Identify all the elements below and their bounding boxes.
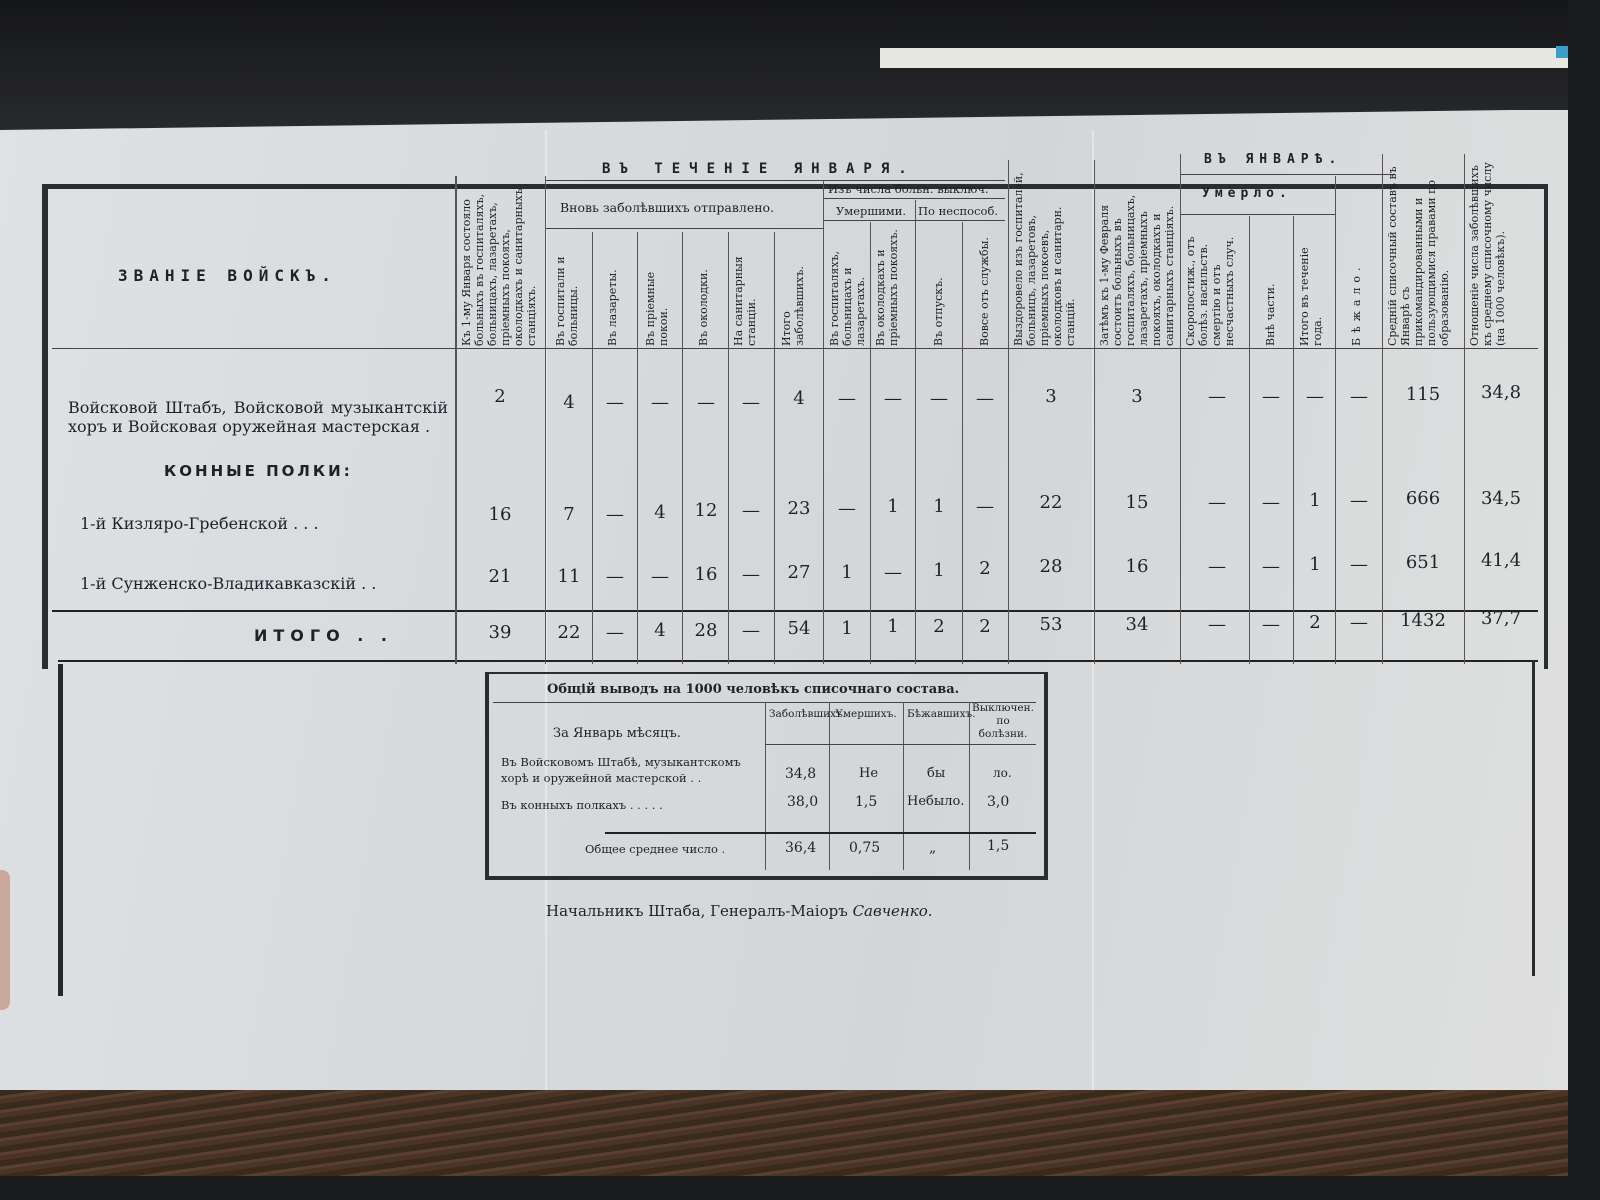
cell: — [1336, 554, 1382, 575]
cell: — [592, 566, 638, 587]
cell: 2 [477, 386, 523, 407]
cell: 53 [1028, 614, 1074, 635]
cell: 1 [916, 496, 962, 517]
signature-title: Начальникъ Штаба, Генералъ-Маіоръ [546, 902, 848, 920]
signature: Начальникъ Штаба, Генералъ-Маіоръ Савчен… [546, 902, 933, 920]
column-rule [637, 232, 638, 664]
cell: 34,5 [1478, 488, 1524, 509]
cell: — [1194, 614, 1240, 635]
cell: 28 [683, 620, 729, 641]
cell: 37,7 [1478, 608, 1524, 629]
cell: 21 [477, 566, 523, 587]
column-rule [1180, 154, 1181, 664]
paper-edge-strip [880, 48, 1568, 68]
summary-row-label: Въ Войсковомъ Штабѣ, музыкантскомъ хорѣ … [501, 754, 756, 786]
cell: 115 [1400, 384, 1446, 405]
summary-cell: 38,0 [787, 794, 818, 810]
cell: 28 [1028, 556, 1074, 577]
cell: — [1248, 386, 1294, 407]
summary-cell: 3,0 [987, 794, 1009, 810]
summary-col-deserted: Бѣжавшихъ. [907, 708, 965, 721]
cell: — [1194, 556, 1240, 577]
cell: — [1248, 556, 1294, 577]
column-rule [545, 176, 546, 664]
column-header: Отношеніе числа заболѣвшихъ къ среднему … [1468, 154, 1536, 346]
summary-column-rule [969, 702, 970, 870]
column-rule [592, 232, 593, 664]
column-rule [870, 222, 871, 664]
column-rule [774, 232, 775, 664]
finger [0, 870, 10, 1010]
cell: — [824, 388, 870, 409]
summary-rule [605, 832, 1036, 834]
in-january-header: ВЪ ЯНВАРѢ. [1204, 152, 1342, 167]
column-rule [1094, 160, 1095, 664]
summary-col-excluded: Выключен. по болѣзни. [971, 702, 1035, 741]
header-rule [1180, 214, 1335, 215]
cell: 22 [1028, 492, 1074, 513]
cell: 4 [637, 620, 683, 641]
summary-cell: 1,5 [855, 794, 877, 810]
row-label-sunzha: 1-й Сунженско-Владикавказскій . . [80, 574, 376, 593]
cell: 12 [683, 500, 729, 521]
column-rule [1008, 160, 1009, 664]
summary-col-died: Умершихъ. [833, 708, 899, 721]
cell: 16 [683, 564, 729, 585]
summary-table: Общій выводъ на 1000 человѣкъ списочнаго… [485, 672, 1048, 880]
header-bottom-rule [52, 348, 1538, 349]
column-rule [823, 180, 824, 664]
cell: 1432 [1400, 610, 1446, 631]
cell: — [637, 566, 683, 587]
summary-cell: „ [929, 840, 936, 856]
summary-cell: 1,5 [987, 838, 1009, 854]
column-header: Въ околодкахъ и пріемныхъ покояхъ. [874, 224, 914, 346]
column-rule [962, 222, 963, 664]
column-header: Скоропостиж., отъ болѣз. насильств. смер… [1184, 218, 1246, 346]
column-header: Въ околодки. [697, 232, 717, 346]
cell: 1 [916, 560, 962, 581]
column-header: Въ госпитали и больницы. [554, 232, 588, 346]
cell: — [1194, 492, 1240, 513]
cell: 16 [477, 504, 523, 525]
cell: — [728, 620, 774, 641]
cell: 3 [1028, 386, 1074, 407]
main-table: ЗВАНІЕ ВОЙСКЪ. ВЪ ТЕЧЕНІЕ ЯНВАРЯ. Вновь … [42, 140, 1540, 670]
column-header: Вовсе отъ службы. [978, 224, 998, 346]
summary-cell: 34,8 [785, 766, 816, 782]
column-rule [1382, 154, 1383, 664]
cell: — [683, 392, 729, 413]
summary-row-label: Въ конныхъ полкахъ . . . . . [501, 798, 663, 812]
column-rule [1464, 154, 1465, 664]
summary-cell: бы [927, 766, 945, 781]
cell: 4 [546, 392, 592, 413]
summary-cell: 0,75 [849, 840, 880, 856]
cell: — [728, 392, 774, 413]
summary-title: Общій выводъ на 1000 человѣкъ списочнаго… [547, 682, 959, 697]
signature-name: Савченко. [853, 902, 933, 920]
column-header: Выздоровело изъ госпиталей, больницъ, ла… [1012, 160, 1090, 346]
summary-cell: Не [859, 766, 878, 781]
cell: — [870, 562, 916, 583]
by-death-header: Умершими. [836, 204, 906, 218]
cell: 2 [962, 558, 1008, 579]
summary-rule [765, 744, 1036, 745]
cell: — [1336, 386, 1382, 407]
cell: — [1248, 614, 1294, 635]
cell: 2 [916, 616, 962, 637]
cell: 34,8 [1478, 382, 1524, 403]
cell: 15 [1114, 492, 1160, 513]
died-header: Умерло. [1202, 186, 1292, 201]
cell: — [728, 500, 774, 521]
cell: — [592, 392, 638, 413]
column-header: Въ госпиталяхъ, больницахъ и лазаретахъ. [828, 224, 868, 346]
cell: — [962, 388, 1008, 409]
table-left-border [58, 664, 63, 996]
column-header: Средній списочный составъ въ Январѣ съ п… [1386, 154, 1462, 346]
column-header: Затѣмъ къ 1-му Февраля состоитъ больныхъ… [1098, 160, 1176, 346]
column-rule [1249, 216, 1250, 664]
cell: — [728, 564, 774, 585]
column-header: Въ лазареты. [606, 232, 626, 346]
cell: 7 [546, 504, 592, 525]
table-bottom-rule [58, 660, 1538, 662]
column-header: Къ 1-му Января состояло больныхъ въ госп… [460, 176, 542, 346]
cell: 16 [1114, 556, 1160, 577]
troops-column-title: ЗВАНІЕ ВОЙСКЪ. [118, 266, 337, 285]
column-rule [1293, 216, 1294, 664]
summary-column-rule [829, 702, 830, 870]
cell: 4 [637, 502, 683, 523]
summary-cell: ло. [993, 766, 1012, 780]
summary-row-label: Общее среднее число . [585, 842, 725, 856]
cell: — [1248, 492, 1294, 513]
row-label-kizlyar: 1-й Кизляро-Гребенской . . . [80, 514, 319, 533]
summary-period: За Январь мѣсяцъ. [553, 726, 681, 741]
cell: 27 [776, 562, 822, 583]
section-cavalry-regiments: КОННЫЕ ПОЛКИ: [164, 462, 353, 480]
header-rule [823, 198, 1005, 199]
cell: — [916, 388, 962, 409]
cell: 54 [776, 618, 822, 639]
cell: 4 [776, 388, 822, 409]
cell: 1 [824, 618, 870, 639]
summary-column-rule [765, 702, 766, 870]
cell: 22 [546, 622, 592, 643]
cell: 2 [962, 616, 1008, 637]
summary-column-rule [903, 702, 904, 870]
excluded-header: Изъ числа больн. выключ. [828, 182, 989, 196]
row-label-staff: Войсковой Штабъ, Войсковой музыкантскій … [68, 398, 448, 436]
during-january-header: ВЪ ТЕЧЕНІЕ ЯНВАРЯ. [602, 161, 916, 177]
cell: 41,4 [1478, 550, 1524, 571]
column-rule [915, 200, 916, 664]
blue-tab [1556, 46, 1568, 58]
header-rule [545, 228, 823, 229]
cell: 3 [1114, 386, 1160, 407]
cell: — [1194, 386, 1240, 407]
cell: 651 [1400, 552, 1446, 573]
column-header: Въ отпускъ. [932, 224, 952, 346]
cell: 39 [477, 622, 523, 643]
cell: 1 [1292, 490, 1338, 511]
column-header: Внѣ части. [1264, 218, 1284, 346]
cell: 1 [824, 562, 870, 583]
cell: — [1292, 386, 1338, 407]
column-header: Бѣжало. [1350, 176, 1370, 346]
header-rule [545, 180, 1005, 181]
cell: — [592, 622, 638, 643]
summary-cell: Небыло. [907, 794, 964, 809]
cell: — [1336, 612, 1382, 633]
wood-table [0, 1090, 1568, 1176]
column-header: На санитарныя станціи. [732, 232, 768, 346]
summary-col-sick: Заболѣвшихъ. [769, 708, 827, 721]
table-right-border [1532, 660, 1535, 976]
cell: 666 [1400, 488, 1446, 509]
summary-cell: 36,4 [785, 840, 816, 856]
column-header: Въ пріемные покои. [644, 232, 678, 346]
by-incapacity-header: По неспособ. [918, 204, 998, 218]
column-rule [682, 232, 683, 664]
column-rule [1335, 176, 1336, 664]
cell: — [870, 388, 916, 409]
column-rule [728, 232, 729, 664]
column-rule [455, 176, 457, 664]
cell: 1 [870, 496, 916, 517]
cell: — [592, 504, 638, 525]
cell: 11 [546, 566, 592, 587]
column-header: Итого заболѣвшихъ. [780, 232, 816, 346]
cell: — [824, 498, 870, 519]
header-rule [823, 220, 1005, 221]
row-label-total: ИТОГО . . [254, 626, 393, 645]
cell: — [1336, 490, 1382, 511]
cell: 2 [1292, 612, 1338, 633]
cell: 1 [870, 616, 916, 637]
cell: 23 [776, 498, 822, 519]
cell: — [637, 392, 683, 413]
cell: 1 [1292, 554, 1338, 575]
cell: 34 [1114, 614, 1160, 635]
cell: — [962, 496, 1008, 517]
newly-sick-header: Вновь заболѣвшихъ отправлено. [560, 200, 774, 215]
column-header: Итого въ теченіе года. [1298, 218, 1332, 346]
header-rule [1180, 174, 1395, 175]
